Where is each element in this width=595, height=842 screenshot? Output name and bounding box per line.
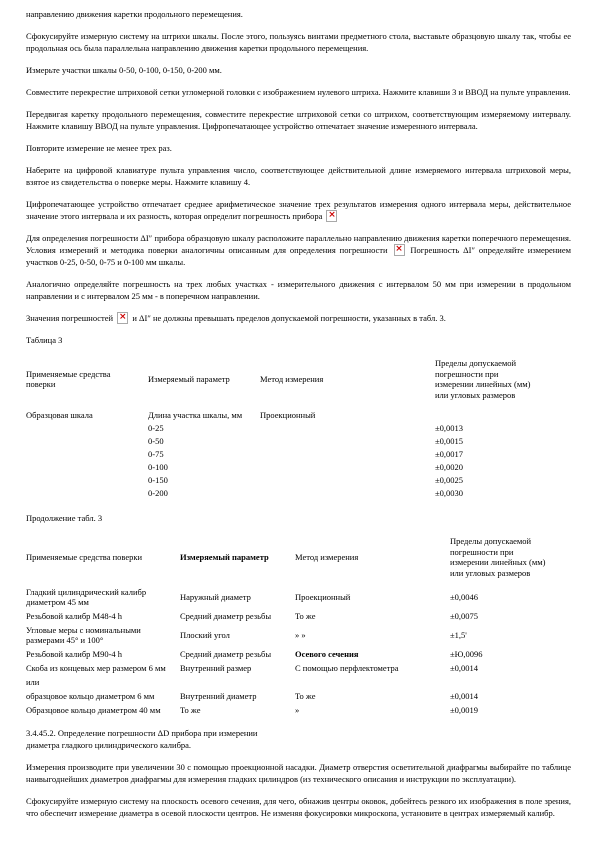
table-3-continuation-header-row: Применяемые средства поверки Измеряемый …	[26, 536, 571, 578]
table-3-continuation-caption: Продолжение табл. 3	[26, 512, 571, 524]
section-heading-line-2: диаметра гладкого цилиндрического калибр…	[26, 739, 571, 751]
table-header-cell: Пределы допускаемой погрешности при изме…	[450, 536, 562, 578]
table-cell: Угловые меры с номинальными размерами 45…	[26, 625, 180, 645]
table-cell: 0-150	[148, 474, 260, 487]
table-cell	[260, 422, 435, 435]
paragraph-11: Значения погрешностей × и ΔI″ не должны …	[26, 312, 571, 324]
table-header-cell: Применяемые средства поверки	[26, 369, 148, 390]
table-3-caption: Таблица 3	[26, 334, 571, 346]
table-cell: ±0,0025	[435, 474, 545, 487]
paragraph-11-text-b: и ΔI″ не должны превышать пределов допус…	[132, 313, 446, 323]
table-header-cell: Метод измерения	[260, 374, 435, 385]
table-cell: ±0,0075	[450, 611, 562, 621]
table-cell	[26, 487, 148, 500]
section-heading: 3.4.45.2. Определение погрешности ΔD при…	[26, 727, 571, 751]
section-heading-line-1: 3.4.45.2. Определение погрешности ΔD при…	[26, 727, 571, 739]
table-cell: ±0,0014	[450, 691, 562, 701]
paragraph-13: Сфокусируйте измерную систему на плоскос…	[26, 795, 571, 819]
paragraph-7: Наберите на цифровой клавиатуре пульта у…	[26, 164, 571, 188]
table-cell: Резьбовой калибр М90-4 h	[26, 649, 180, 659]
broken-image-icon: ×	[326, 210, 337, 222]
table-cell: Резьбовой калибр М48-4 h	[26, 611, 180, 621]
table-cell: ±0,0017	[435, 448, 545, 461]
table-cell	[260, 448, 435, 461]
table-cell	[260, 461, 435, 474]
document-page: направлению движения каретки продольного…	[0, 0, 595, 819]
table-cell: Плоский угол	[180, 630, 295, 640]
paragraph-12: Измерения производите при увеличении 30 …	[26, 761, 571, 785]
table-cell: ±0,0019	[450, 705, 562, 715]
table-3: Применяемые средства поверки Измеряемый …	[26, 358, 571, 500]
table-cell: Образцовая шкала	[26, 409, 148, 422]
table-cell	[26, 474, 148, 487]
table-cell: » »	[295, 630, 450, 640]
paragraph-8-text: Цифропечатающее устройство отпечатает ср…	[26, 199, 571, 221]
table-cell: То же	[180, 705, 295, 715]
paragraph-1: направлению движения каретки продольного…	[26, 8, 571, 20]
table-header-cell: Пределы допускаемой погрешности при изме…	[435, 358, 545, 400]
table-cell: или	[26, 677, 180, 687]
paragraph-5: Передвигая каретку продольного перемещен…	[26, 108, 571, 132]
table-cell: Скоба из концевых мер размером 6 мм	[26, 663, 180, 673]
table-cell: ±Ю,0096	[450, 649, 562, 659]
table-cell: 0-100	[148, 461, 260, 474]
table-cell	[260, 474, 435, 487]
table-cell: Осевого сечения	[295, 649, 450, 659]
table-cell: То же	[295, 691, 450, 701]
table-cell: Длина участка шкалы, мм	[148, 409, 260, 422]
table-3-header-row: Применяемые средства поверки Измеряемый …	[26, 358, 571, 400]
table-cell: »	[295, 705, 450, 715]
table-cell: Гладкий цилиндрический калибр диаметром …	[26, 587, 180, 607]
table-cell	[435, 409, 545, 422]
table-cell: ±0,0046	[450, 592, 562, 602]
table-cell: 0-200	[148, 487, 260, 500]
table-cell: ±0,0014	[450, 663, 562, 673]
table-cell: С помощью перфлектометра	[295, 663, 450, 673]
table-cell: Средний диаметр резьбы	[180, 611, 295, 621]
paragraph-6: Повторите измерение не менее трех раз.	[26, 142, 571, 154]
table-cell: 0-75	[148, 448, 260, 461]
table-cell	[260, 487, 435, 500]
table-cell: 0-25	[148, 422, 260, 435]
table-cell	[26, 461, 148, 474]
table-cell	[260, 435, 435, 448]
table-cell: То же	[295, 611, 450, 621]
paragraph-3: Измерьте участки шкалы 0-50, 0-100, 0-15…	[26, 64, 571, 76]
table-3-continuation: Применяемые средства поверки Измеряемый …	[26, 536, 571, 715]
broken-image-icon: ×	[394, 244, 405, 256]
table-cell	[26, 448, 148, 461]
table-cell: Образцовое кольцо диаметром 40 мм	[26, 705, 180, 715]
paragraph-11-text-a: Значения погрешностей	[26, 313, 113, 323]
table-cell: ±1,5'	[450, 630, 562, 640]
paragraph-4: Совместите перекрестие штриховой сетки у…	[26, 86, 571, 98]
paragraph-9: Для определения погрешности ΔI″ прибора …	[26, 232, 571, 268]
table-header-cell: Метод измерения	[295, 552, 450, 563]
table-cell: Внутренний диаметр	[180, 691, 295, 701]
table-3-continuation-body: Гладкий цилиндрический калибр диаметром …	[26, 587, 571, 715]
table-cell: Проекционный	[295, 592, 450, 602]
table-cell: Средний диаметр резьбы	[180, 649, 295, 659]
table-cell: Проекционный	[260, 409, 435, 422]
table-header-cell: Измеряемый параметр	[148, 374, 260, 385]
table-cell: Наружный диаметр	[180, 592, 295, 602]
table-cell: ±0,0030	[435, 487, 545, 500]
table-cell	[26, 422, 148, 435]
table-header-cell: Измеряемый параметр	[180, 552, 295, 563]
table-cell: ±0,0015	[435, 435, 545, 448]
table-cell	[26, 435, 148, 448]
paragraph-10: Аналогично определяйте погрешность на тр…	[26, 278, 571, 302]
paragraph-8: Цифропечатающее устройство отпечатает ср…	[26, 198, 571, 222]
broken-image-icon: ×	[117, 312, 128, 324]
table-cell: 0-50	[148, 435, 260, 448]
table-header-cell: Применяемые средства поверки	[26, 552, 180, 563]
table-cell: образцовое кольцо диаметром 6 мм	[26, 691, 180, 701]
paragraph-2: Сфокусируйте измерную систему на штрихи …	[26, 30, 571, 54]
table-3-body: Образцовая шкала Длина участка шкалы, мм…	[26, 409, 571, 500]
table-cell: Внутренний размер	[180, 663, 295, 673]
table-cell: ±0,0020	[435, 461, 545, 474]
table-cell: ±0,0013	[435, 422, 545, 435]
